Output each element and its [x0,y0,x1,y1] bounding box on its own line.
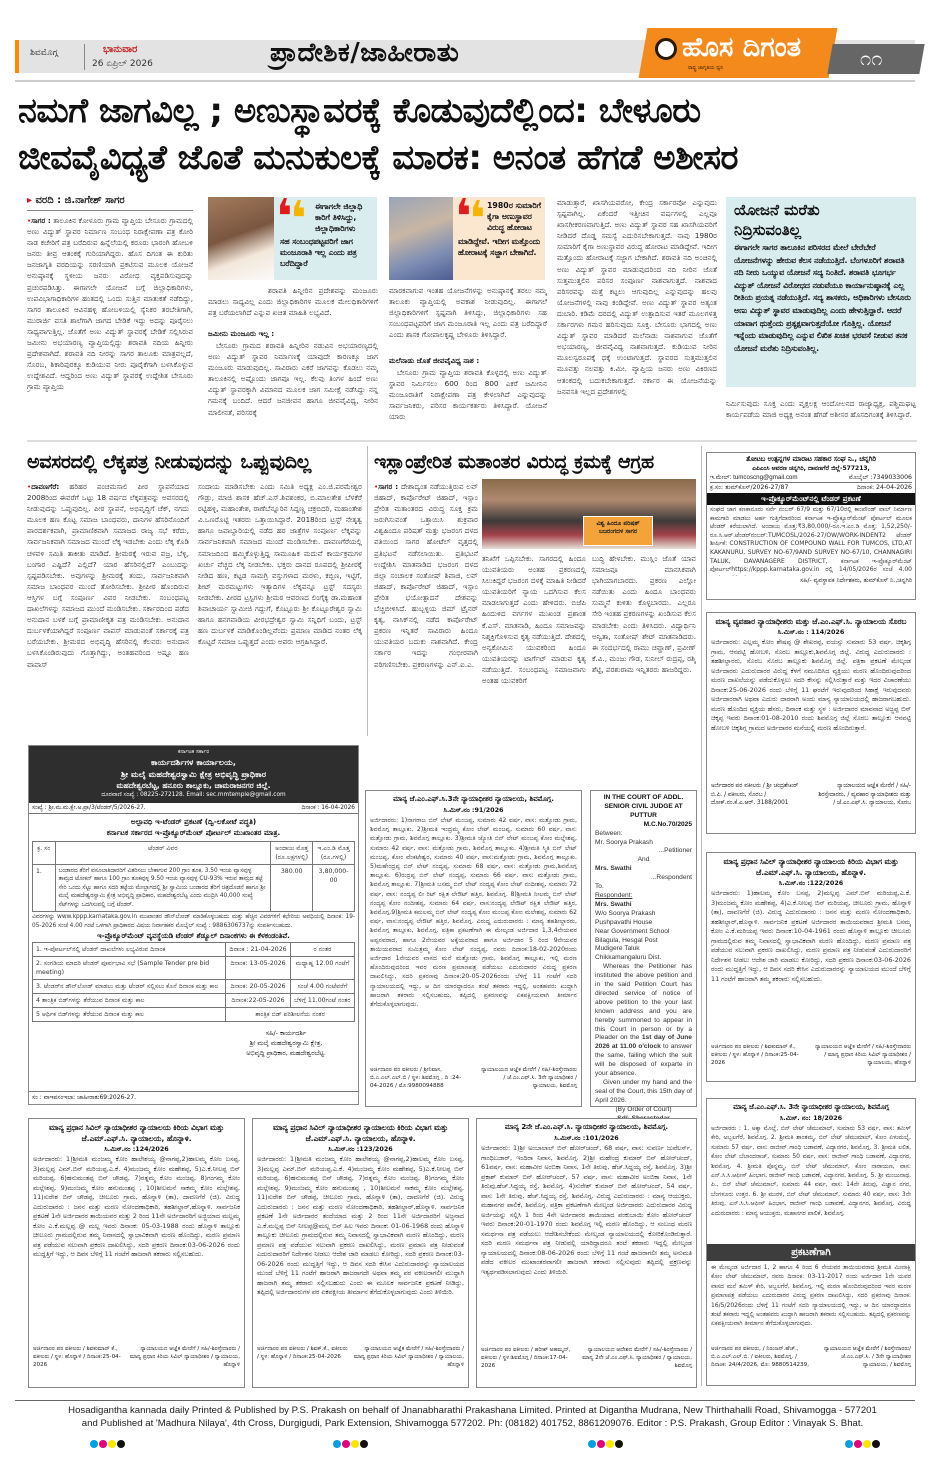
lead-headline: ನಮಗೆ ಜಾಗವಿಲ್ಲ ; ಅಣುಸ್ಥಾವರಕ್ಕೆ ಕೊಡುವುದೆಲ್… [18,88,928,182]
honnali-124-sig-left: ಅರ್ಜಿದಾರರ ಪರ ವಕೀಲರು / ಶಿವಕುಮಾರ್ ಕೆ., ವಕೀ… [33,1345,124,1370]
schedule-event: 3. ಟೆಂಡರ್‌ನ ಡೌನ್‌ಲೋಡ್ ಮಾಡಲು ಮತ್ತು ಟೆಂಡರ್… [33,980,226,994]
court-notice-honnali-123: ಮಾನ್ಯ ಪ್ರಧಾನ ಸಿವಿಲ್ ನ್ಯಾಯಾಧೀಶರ ನ್ಯಾಯಾಲಯ … [252,1118,469,1388]
section-divider [27,440,917,442]
dateline: ದಾವಣಗೆರೆ: [31,482,59,491]
court-101-sig-right: ನ್ಯಾಯಾಲಯದ ಆದೇಶದ ಮೇರೆಗೆ / ಸಹಿ/-ಶಿರಸ್ತೇದಾರ… [578,1346,692,1371]
cyan-dot-icon [845,1440,853,1448]
puttur-and: And [595,856,692,865]
tumcos-notice-bar: ಇ-ಪ್ರೊಕ್ಯೂರ್‌ಮೆಂಟ್‌ನಲ್ಲಿ ಟೆಂಡರ್ ಪ್ರಕಟಣೆ [707,493,915,505]
temple-sign-1: ಸಹಿ/- ಕಾರ್ಯದರ್ಶಿ [214,1028,358,1038]
lead-col-1-text: ತಾಲೂಕಿನ ಕೋಳೂರು ಗ್ರಾಮ ವ್ಯಾಪ್ತಿಯ ಬೇಸೂರು ಗ್… [27,216,193,391]
protest-banner: ವಿಶ್ವ ಹಿಂದೂ ಪರಿಷತ್ ಬಜರಂಗದಳ ಸಾಗರ [583,516,653,546]
mla-photo [208,197,274,280]
header-date: 26 ಏಪ್ರಿಲ್ 2026 [92,59,153,69]
story3-col-3: ಬುದ್ಧಿ ಹೇಳಬೇಕು. ಮುಸ್ಲಿಂ ಜೊತೆ ಯಾವ ಸಮಾಜವೂ … [592,553,696,736]
masthead-tagline: ರಾಷ್ಟ್ರ ಜಾಗೃತಿಯ ಧ್ವನಿ [688,65,723,71]
court-91-body: ಅರ್ಜಿದಾರರು: 1)ನಾಗರಾಜ ಬಿನ್ ಲೇಟ್ ಮಂಜಪ್ಪ, ಸ… [370,816,577,1064]
court-18-sig-left: ಅರ್ಜಿದಾರರ ಪರ ವಕೀಲರು, / ನಿರಂಜನ್.ಹೆಚ್., ಬಿ… [711,1345,811,1370]
sidebar-title-line2: ನಿದ್ರಿಸುವಂತಿಲ್ಲ [734,220,914,240]
honnali-123-sig-left: ಅರ್ಜಿದಾರರ ಪರ ವಕೀಲರು / ಶಿವಕ್.ಕೆ., ವಕೀಲರು … [257,1345,348,1370]
header-day: ಭಾನುವಾರ [103,44,137,55]
quote-2-bottom: ಮಾಡಿದ್ದೇವೆ. ಇದೀಗ ಮತ್ತೊಂದು ಹೋರಾಟಕ್ಕೆ ಸಜ್ಜ… [458,236,543,258]
sidebar-text: ಈಗಾಗಲೇ ಸಾಗರ ತಾಲೂಕಿನ ಪರಿಸರದ ಮೇಲೆ ಬೇರೆಬೇರೆ… [734,242,912,384]
court-18-notice: ಈ ಮೇಲ್ಕಂಡ ಅರ್ಜಿದಾರ 1, 2 ಹಾಗೂ 4 ರಿಂದ 6 ನೇ… [711,1263,911,1343]
honnali-123-case: ಸಿ.ಮಿಸ್.ನಂ :123/2026 [257,1144,464,1155]
tumcos-body: ಸಂಘದ ಜಾಗ ಕಣಕಾನೂರು ಸರ್ವೆ ನಂಬರ್ 67/9 ಮತ್ತು… [710,506,912,576]
court-101-signatures: ಅರ್ಜಿದಾರರ ಪರ ವಕೀಲರು / ಹರೀಶ್ ಅಹಮ್ಮದ್, ವಕೀ… [481,1346,692,1371]
cell-serial: 1. [33,865,56,912]
tender-ad-tumcos: ತೋಟಬ ಉತ್ಪನ್ನಗಳ ಮಾರಾಟ ಸಹಕಾರ ಸಂಘ ನಿ., ಚನ್ನ… [706,452,916,600]
schedule-event: 5 ಆರ್ಥಿಕ ಬಿಡ್‌ಗಳನ್ನು ತೆರೆಯುವ ದಿನಾಂಕ ಮತ್ತ… [33,1008,226,1022]
honnali-123-signatures: ಅರ್ಜಿದಾರರ ಪರ ವಕೀಲರು / ಶಿವಕ್.ಕೆ., ವಕೀಲರು … [257,1345,464,1370]
puttur-resp-label: Respondent: [595,892,692,901]
court-101-sig-left: ಅರ್ಜಿದಾರರ ಪರ ವಕೀಲರು / ಹರೀಶ್ ಅಹಮ್ಮದ್, ವಕೀ… [481,1346,574,1371]
court-notice-shimoga-18: ಮಾನ್ಯ ಜೆ.ಎಂ.ಎಫ್.ಸಿ. 3ನೇ ನ್ಯಾಯಾಧೀಶರ ನ್ಯಾಯ… [706,1098,916,1386]
schedule-event: 1. ಇ-ಪೋರ್ಟಲ್‌ನಲ್ಲಿ ಟೆಂಡರ್ ದಾಖಲೆಗಳು ಲಭ್ಯವ… [33,943,226,957]
tumcos-contact-row: ಇ.ಮೇಲ್: tumcoscng@gmail.com ಮೊಬೈಲ್ :7349… [710,473,912,482]
tumcos-email: ಇ.ಮೇಲ್: tumcoscng@gmail.com [710,473,798,482]
puttur-address-line: Pushpavathi House [595,919,692,928]
court-91-sig-right: ನ್ಯಾಯಾಲಯದ ಆಜ್ಞೆಕ ಮೇರೆಗೆ / ಸಹಿ/-ಶಿರಸ್ತೇದಾ… [478,1066,577,1091]
black-dot-icon [872,1440,880,1448]
tumcos-phone: ಮೊಬೈಲ್ :7349033006 [849,473,912,482]
temple-date: ದಿನಾಂಕ : 16-04-2026 [301,803,355,813]
soraba-body: ಅರ್ಜಿದಾರರು: ಎಲ್ಲಮ್ಮ ಕೋಂ ಶೇಷಪ್ಪ @ ಶೇಖರಪ್ಪ… [711,638,911,780]
story2-headline: ಅವಸರದಲ್ಲಿ ಲೆಕ್ಕಪತ್ರ ನೀಡುವುದನ್ನು ಒಪ್ಪುವುದ… [27,451,367,473]
soraba-signatures: ಅರ್ಜಿದಾರರ ಪರ ವಕೀಲರು / ಶ್ರೀ ಚಂದ್ರಶೇಖರ್ ಬಿ… [711,782,911,808]
honnali-122-title: ಮಾನ್ಯ ಪ್ರಧಾನ ಸಿವಿಲ್ ನ್ಯಾಯಾಧೀಶರ ನ್ಯಾಯಾಲಯ … [711,856,911,878]
table-row: 2. ಸಂಗಡಿಯ ಮಾದರಿ ಟೆಂಡರ್ ಪೂರ್ವಭಾವಿ ಸಭೆ (Sa… [33,957,355,980]
honnali-122-sig-left: ಅರ್ಜಿದಾರರ ಪರ ವಕೀಲರು / ಶಿವಕುಮಾರ್ ಕೆ., ವಕೀ… [711,1043,807,1068]
schedule-time: ಸಂಜೆ 4.00 ಗಂಟೆವರೆಗೆ [290,980,354,994]
temple-header: ಕರ್ನಾಟಕ ಸರ್ಕಾರ ಕಾರ್ಯದರ್ಶಿಗಳ ಕಾರ್ಯಾಲಯ, ಶ್… [29,746,358,803]
registration-marks [845,1440,880,1448]
cyan-dot-icon [333,1440,341,1448]
schedule-date: ದಿನಾಂಕ:22-05-2026 [226,994,291,1008]
court-notice-shimoga-91: ಮಾನ್ಯ ಜೆ.ಎಂ.ಎಫ್.ಸಿ.3ನೇ ನ್ಯಾಯಾಧೀಶರ ನ್ಯಾಯಾ… [365,790,582,1107]
quote-1-top: ಈಗಾಗಲೇ ಜಿಲ್ಲಾಧಿ ಕಾರಿಗೆ ತಿಳಿಸಿದ್ದು, ಜಿಲ್ಲ… [315,201,375,234]
table-row: 3. ಟೆಂಡರ್‌ನ ಡೌನ್‌ಲೋಡ್ ಮಾಡಲು ಮತ್ತು ಟೆಂಡರ್… [33,980,355,994]
page-number: ೧೧ [860,46,882,70]
quote-mark-icon: ❛ [290,199,307,239]
court-101-body: ಅರ್ಜಿದಾರರು: 1)ಶ್ರೀ ಅಂಬಾಲಾಲ್ ಬಿನ್ ಹೋರ್‌ಚಂ… [481,1144,692,1344]
quote-mark-icon: ❛ [469,199,486,239]
temple-tender-table-wrap: ಕ್ರ. ಸಂ ಟೆಂಡರ್ ವಿವರ ಅಂದಾಜು ಮೊತ್ತ (ರೂ.ಲಕ್… [29,841,358,912]
lead-col-2b: ಬೇಸೂರು ಗ್ರಾಮದ ಶರಾವತಿ ಹಿನ್ನೀರಿನ ನಡುವಿನ ಅಭ… [208,340,378,436]
court-91-signatures: ಅರ್ಜಿದಾರರ ಪರ ವಕೀಲರು / ಶ್ರೀನಿವಾಸ, ಬಿ.ಎ.ಎಲ… [370,1066,577,1091]
puttur-between: Between: [595,830,692,839]
yellow-dot-icon [606,1440,614,1448]
soraba-case-no: ಸಿ.ಮಿಸ್.ನಂ : 114/2026 [711,627,911,638]
puttur-address-line: Bilagula, Hesgal Post [595,937,692,946]
quote-1-bottom: ಸಹ ಸಂಬಂಧಪಟ್ಟವರಿಗೆ ಜಾಗ ಮಂಜೂರಾತಿ ಇಲ್ಲ ಎಂದು… [280,236,374,269]
black-dot-icon [615,1440,623,1448]
temple-schedule-title: ಇ-ಪ್ರೊಕ್ಯೂರ್‌ಮೆಂಟ್ ವ್ಯವಸ್ಥೆಯಡಿ ಟೆಂಡರ್ ಶೆ… [29,931,358,942]
yellow-dot-icon [863,1440,871,1448]
black-dot-icon [360,1440,368,1448]
bullet-icon: ▸ [27,195,36,206]
header-rule [15,80,915,82]
court-91-sig-left: ಅರ್ಜಿದಾರರ ಪರ ವಕೀಲರು / ಶ್ರೀನಿವಾಸ, ಬಿ.ಎ.ಎಲ… [370,1066,469,1091]
honnali-122-case: ಸಿ.ಮಿಸ್.ನಂ :122/2026 [711,878,911,889]
court-18-sig-right: ನ್ಯಾಯಾಲಯದ ಆಜ್ಞೆಕ ಮೇರೆಗೆ / ಶಿರಸ್ತೇದಾರರು/ಜ… [819,1345,911,1370]
puttur-case: M.C.No.70/2025 [595,821,692,830]
section-title: ಪ್ರಾದೇಶಿಕ/ಜಾಹೀರಾತು [270,38,459,69]
column-rule [701,446,702,1386]
court-18-case: ಸಿ.ಮಿಸ್. ನಂ: 18/2026 [711,1113,911,1124]
puttur-address-line: Mudigere Taluk [595,945,692,954]
temple-contact: ದೂರವಾಣಿ ಸಂಖ್ಯೆ : 08225-272128. Email: se… [29,791,358,800]
schedule-time: ರ ನಂತರ [290,943,354,957]
registration-marks [333,1440,368,1448]
puttur-address-line: W/o Soorya Prakash [595,910,692,919]
honnali-122-sig-right: ನ್ಯಾಯಾಲಯದ ಆಜ್ಞೆಕ ಮೇರೆಗೆ / ಸಹಿ/-ಶಿರಸ್ತೇದಾ… [815,1043,911,1068]
puttur-address-line: Near Government School [595,928,692,937]
story2-col-1: •ದಾವಣಗೆರೆ: ಹರಿಹರ ಪಂಚಮಸಾಲಿ ಪೀಠ ಸ್ಥಾಪನೆಯಾದ… [27,481,189,733]
temple-sign-2: ಶ್ರೀ ಮಲೈ ಮಹದೇಶ್ವರಸ್ವಾಮಿ ಕ್ಷೇತ್ರ, [214,1038,358,1048]
cyan-dot-icon [90,1440,98,1448]
masthead-title: ಹೊಸ ದಿಗಂತ [682,32,801,64]
honnali-124-sig-right: ನ್ಯಾಯಾಲಯದ ಆಜ್ಞೆಕ ಮೇರೆಗೆ / ಸಹಿ/-ಶಿರಸ್ತೇದಾ… [128,1345,240,1370]
temple-gov: ಕರ್ನಾಟಕ ಸರ್ಕಾರ [29,748,358,756]
lead-headline-line1: ನಮಗೆ ಜಾಗವಿಲ್ಲ ; ಅಣುಸ್ಥಾವರಕ್ಕೆ ಕೊಡುವುದೆಲ್… [18,88,928,135]
table-row: 5 ಆರ್ಥಿಕ ಬಿಡ್‌ಗಳನ್ನು ತೆರೆಯುವ ದಿನಾಂಕ ಮತ್ತ… [33,1008,355,1022]
puttur-body-1: Whereas the Petitioner has instituted th… [595,963,692,1041]
tumcos-ref: ಕ್ರ.ಸಂ: ತುಮ್‌ಕೊಸ್/2026-27/87 [710,483,788,492]
puttur-petitioner-role: ...Petitioner [595,847,692,856]
cell-estimate: 380.00 [271,865,313,912]
court-18-title: ಮಾನ್ಯ ಜೆ.ಎಂ.ಎಫ್.ಸಿ. 3ನೇ ನ್ಯಾಯಾಧೀಶರ ನ್ಯಾಯ… [711,1102,911,1113]
puttur-address-line: Chikkamangaluru Dist. [595,954,692,963]
table-header-row: ಕ್ರ. ಸಂ ಟೆಂಡರ್ ವಿವರ ಅಂದಾಜು ಮೊತ್ತ (ರೂ.ಲಕ್… [33,842,355,865]
schedule-date: ದಿನಾಂಕ : 21-04-2026 [226,943,291,957]
subhead-2: ಮಲೆನಾಡು ಜೊತೆ ಜೀವವೈವಿಧ್ಯ ನಾಶ : [389,355,547,366]
temple-title-2: ಕರ್ನಾಟಕ ಸರ್ಕಾರದ ಇ-ಪ್ರೊಕ್ಯೂರ್‌ಮೆಂಟ್ ಪೋರ್ಟ… [29,827,358,838]
subhead-1: ಜಮೀನು ಮಂಜೂರು ಇಲ್ಲ : [208,328,378,339]
honnali-122-body: ಅರ್ಜಿದಾರರು: 1)ಹಾಲಮ್ಮ ಕೋಂ ಬಸಪ್ಪ, 2)ಮಲ್ಲಪ್… [711,889,911,1041]
tumcos-address: ಎಪಿಎಂಸಿ ಆವರಣ ಚನ್ನಗಿರಿ, ದಾವಣಗೆರೆ ಜಿಲ್ಲೆ-5… [710,464,912,473]
imprint-line-1: Hosadigantha kannada daily Printed & Pub… [10,1404,935,1417]
puttur-respondent: Mrs. Swathi [595,865,692,874]
registration-marks [90,1440,125,1448]
story3-col-1-text: ದೇಶಾದ್ಯಂತ ನಡೆಯುತ್ತಿರುವ ಲವ್ ಜಿಹಾದ್, ಕಾರ್ಪ… [374,482,478,669]
magenta-dot-icon [597,1440,605,1448]
table-row: 1. ಬಂಡಾರದ ತೆರಿಗೆ ವಸೂಲಾತಿದಾರರಿಗೆ ವಿತರಿಸಲು… [33,865,355,912]
court-101-title: ಮಾನ್ಯ 2ನೇ ಜೆ.ಎಂ.ಎಫ್.ಸಿ. ನ್ಯಾಯಾಧೀಶರ ನ್ಯಾಯ… [481,1122,692,1133]
tender-ad-temple: ಕರ್ನಾಟಕ ಸರ್ಕಾರ ಕಾರ್ಯದರ್ಶಿಗಳ ಕಾರ್ಯಾಲಯ, ಶ್… [28,745,359,1105]
imprint-line-2: and Published at 'Madhura Nilaya', 4th C… [10,1417,935,1430]
honnali-124-body: ಅರ್ಜಿದಾರರು: 1)ಶ್ರೀಮತಿ ಮಂಜಮ್ಮ ಕೋಂ ಹಾಲೇಶಯ್… [33,1155,240,1343]
honnali-123-sig-right: ನ್ಯಾಯಾಲಯದ ಆಜ್ಞೆಕ ಮೇರೆಗೆ / ಸಹಿ/-ಶಿರಸ್ತೇದಾ… [352,1345,464,1370]
temple-schedule-wrap: 1. ಇ-ಪೋರ್ಟಲ್‌ನಲ್ಲಿ ಟೆಂಡರ್ ದಾಖಲೆಗಳು ಲಭ್ಯವ… [29,942,358,1022]
story3-headline: ಇಸ್ಲಾಂಪ್ರೇರಿತ ಮತಾಂತರ ವಿರುದ್ಧ ಕ್ರಮಕ್ಕೆ ಆಗ… [374,451,704,473]
soraba-court-title: ಮಾನ್ಯ ವ್ಯವಹಾರ ನ್ಯಾಯಾಧೀಶರು ಮತ್ತು ಜೆ.ಎಂ.ಎಫ… [711,616,911,627]
header-city: ಶಿವಮೊಗ್ಗ [30,48,58,58]
puttur-petitioner: Mr. Soorya Prakash [595,839,692,848]
temple-note: ವಿವರಗಳನ್ನು www.kppp.karnataka.gov.in ಮುಖ… [29,912,358,931]
registration-marks [588,1440,623,1448]
sidebar-title-line1: ಯೋಜನೆ ಮರೆತು [734,200,914,220]
court-notice-honnali-124: ಮಾನ್ಯ ಪ್ರಧಾನ ಸಿವಿಲ್ ನ್ಯಾಯಾಧೀಶರ ನ್ಯಾಯಾಲಯ … [28,1118,245,1388]
puttur-resp-name: Mrs. Swathi [595,901,692,910]
byline: ▸ ವರದಿ : ಜಿ.ನಾಗೇಶ್ ಸಾಗರ [27,195,125,206]
puttur-respondent-role: ...Respondent [595,874,692,883]
temple-location: ಮಹದೇಶ್ವರಬೆಟ್ಟ, ಹನೂರು ತಾಲ್ಲೂಕು, ಚಾಮರಾಜನಗರ… [29,780,358,791]
temple-tender-table: ಕ್ರ. ಸಂ ಟೆಂಡರ್ ವಿವರ ಅಂದಾಜು ಮೊತ್ತ (ರೂ.ಲಕ್… [32,841,355,912]
schedule-date: ತಾಂತ್ರಿಕ ಬಿಡ್ ಪರಿಶೀಲನೆಯ ನಂತರ [226,1008,355,1022]
story2-col-1-text: ಹರಿಹರ ಪಂಚಮಸಾಲಿ ಪೀಠ ಸ್ಥಾಪನೆಯಾದ 2008ರಿಂದ ಈ… [27,482,189,669]
court-91-case: ಸಿ.ಮಿಸ್.ನಂ :91/2026 [370,805,577,816]
tumcos-ref-row: ಕ್ರ.ಸಂ: ತುಮ್‌ಕೊಸ್/2026-27/87 ದಿನಾಂಕ: 24-… [710,482,912,492]
lamp-logo-icon [655,38,677,60]
lead-col-5-tail: ನಿರ್ಮಿಸುವುದು ಸೂಕ್ತ ಎಂದು ವೃಕ್ಷಲಕ್ಷ ಆಂದೋಲನ… [726,398,916,434]
temple-footer: ಸಂ : ವಾಇಪಸಂಇಲಾ: ಜಾಹೀರಾತು69:2026-27. [29,1091,358,1104]
column-rule [367,446,368,736]
schedule-event: 4 ತಾಂತ್ರಿಕ ಬಿಡ್‌ಗಳನ್ನು ತೆರೆಯುವ ದಿನಾಂಕ ಮತ… [33,994,226,1008]
lead-col-3: ಮಾರಕವಾಗುವ ಇಂತಹ ಯೋಜನೆಗಳನ್ನು ಅನುಷ್ಠಾನಕ್ಕೆ … [389,285,547,355]
court-91-title: ಮಾನ್ಯ ಜೆ.ಎಂ.ಎಫ್.ಸಿ.3ನೇ ನ್ಯಾಯಾಧೀಶರ ನ್ಯಾಯಾ… [370,794,577,805]
honnali-124-title: ಮಾನ್ಯ ಪ್ರಧಾನ ಸಿವಿಲ್ ನ್ಯಾಯಾಧೀಶರ ನ್ಯಾಯಾಲಯ … [33,1122,240,1144]
puttur-title: IN THE COURT OF ADDL. SENIOR CIVIL JUDGE… [595,794,692,821]
honnali-123-body: ಅರ್ಜಿದಾರರು: 1)ಶ್ರೀಮತಿ ಮಂಜಮ್ಮ ಕೋಂ ಹಾಲೇಶಯ್… [257,1155,464,1343]
temple-sign-3: ಅಭಿವೃದ್ಧಿ ಪ್ರಾಧಿಕಾರ, ಮಹದೇಶ್ವರಬೆಟ್ಟ. [214,1048,358,1058]
table-row: 4 ತಾಂತ್ರಿಕ ಬಿಡ್‌ಗಳನ್ನು ತೆರೆಯುವ ದಿನಾಂಕ ಮತ… [33,994,355,1008]
col-header: ಇ.ಎಂ.ಡಿ ಮೊತ್ತ (ರೂ.ಗಳಲ್ಲಿ) [313,842,355,865]
story2-col-2: ಸಂದಾಯ ಮಾಡಿಸಬೇಕು ಎಂದು ಸಮಿತಿ ಅಧ್ಯಕ್ಷ ಎಂ.ಜಿ… [198,481,362,733]
soraba-sig-left: ಅರ್ಜಿದಾರರ ಪರ ವಕೀಲರು / ಶ್ರೀ ಚಂದ್ರಶೇಖರ್ ಬಿ… [711,782,807,808]
schedule-time: ಮಧ್ಯಾಹ್ನ 12.00 ಗಂಟೆಗೆ [290,957,354,980]
lead-col-2: ಶರಾವತಿ ಹಿನ್ನೀರಿನ ಪ್ರದೇಶವನ್ನು ಮಂಜೂರು ಮಾಡಲ… [208,285,378,327]
court-18-bar: ಪ್ರಕಟಣೆಗಾಗಿ [707,1244,915,1261]
temple-ref: ಸಂಖ್ಯೆ : ಶ್ರೀ.ಮ.ಮ.ಕ್ಷೇ.ಅ.ಪ್ರಾ/3/ಟೆಂಡರ್/5… [32,803,146,813]
black-dot-icon [117,1440,125,1448]
magenta-dot-icon [854,1440,862,1448]
honnali-124-case: ಸಿ.ಮಿಸ್.ನಂ :124/2026 [33,1144,240,1155]
honnali-123-title: ಮಾನ್ಯ ಪ್ರಧಾನ ಸಿವಿಲ್ ನ್ಯಾಯಾಧೀಶರ ನ್ಯಾಯಾಲಯ … [257,1122,464,1144]
temple-office: ಕಾರ್ಯದರ್ಶಿಗಳ ಕಾರ್ಯಾಲಯ, [29,756,358,768]
dateline: ಸಾಗರ : [31,216,51,225]
byline-rule [27,210,193,211]
schedule-event: 2. ಸಂಗಡಿಯ ಮಾದರಿ ಟೆಂಡರ್ ಪೂರ್ವಭಾವಿ ಸಭೆ (Sa… [33,957,226,980]
table-row: 1. ಇ-ಪೋರ್ಟಲ್‌ನಲ್ಲಿ ಟೆಂಡರ್ ದಾಖಲೆಗಳು ಲಭ್ಯವ… [33,943,355,957]
temple-authority: ಶ್ರೀ ಮಲೈ ಮಹದೇಶ್ವರಸ್ವಾಮಿ ಕ್ಷೇತ್ರ ಅಭಿವೃದ್ಧ… [29,768,358,780]
col-header: ಕ್ರ. ಸಂ [33,842,56,865]
honnali-122-signatures: ಅರ್ಜಿದಾರರ ಪರ ವಕೀಲರು / ಶಿವಕುಮಾರ್ ಕೆ., ವಕೀ… [711,1043,911,1068]
temple-signature: ಸಹಿ/- ಕಾರ್ಯದರ್ಶಿ ಶ್ರೀ ಮಲೈ ಮಹದೇಶ್ವರಸ್ವಾಮಿ… [214,1028,358,1058]
puttur-given: Given under my hand and the seal of the … [595,1079,692,1106]
cell-description: ಬಂಡಾರದ ತೆರಿಗೆ ವಸೂಲಾತಿದಾರರಿಗೆ ವಿತರಿಸಲು ಬೇ… [55,865,271,912]
magenta-dot-icon [342,1440,350,1448]
col-header: ಟೆಂಡರ್ ವಿವರ [55,842,271,865]
yellow-dot-icon [351,1440,359,1448]
sidebar-title: ಯೋಜನೆ ಮರೆತು ನಿದ್ರಿಸುವಂತಿಲ್ಲ [734,200,914,240]
byline-text: ವರದಿ : ಜಿ.ನಾಗೇಶ್ ಸಾಗರ [36,195,125,206]
cell-emd: 3,80,000-00 [313,865,355,912]
court-18-signatures: ಅರ್ಜಿದಾರರ ಪರ ವಕೀಲರು, / ನಿರಂಜನ್.ಹೆಚ್., ಬಿ… [711,1345,911,1370]
story3-col-1: •ಸಾಗರ : ದೇಶಾದ್ಯಂತ ನಡೆಯುತ್ತಿರುವ ಲವ್ ಜಿಹಾದ… [374,481,478,736]
puttur-order: (By Order of Court) [595,1106,692,1115]
court-notice-puttur: IN THE COURT OF ADDL. SENIOR CIVIL JUDGE… [590,790,697,1107]
header-divider [84,44,85,70]
tumcos-signature: ಸಹಿ/- ವ್ಯವಸ್ಥಾಪಕ ನಿರ್ದೇಶಕರು, ತುಮ್‌ಕೊಸ್ ನ… [710,576,912,585]
court-notice-soraba: ಮಾನ್ಯ ವ್ಯವಹಾರ ನ್ಯಾಯಾಧೀಶರು ಮತ್ತು ಜೆ.ಎಂ.ಎಫ… [706,612,916,834]
magenta-dot-icon [99,1440,107,1448]
puttur-to: To. [595,883,692,892]
dateline: ಸಾಗರ : [378,482,398,491]
temple-title-1: ಅಲ್ಪಾವಧಿ ಇ-ಟೆಂಡರ್ ಪ್ರಕಟಣೆ (ದ್ವಿ-ಲಕೋಟೆ ಪದ… [29,816,358,827]
temple-ref-row: ಸಂಖ್ಯೆ : ಶ್ರೀ.ಮ.ಮ.ಕ್ಷೇ.ಅ.ಪ್ರಾ/3/ಟೆಂಡರ್/5… [29,803,358,814]
tumcos-date: ದಿನಾಂಕ: 24-04-2026 [857,483,912,492]
yellow-dot-icon [108,1440,116,1448]
activist-photo [389,197,453,280]
court-notice-shimoga-101: ಮಾನ್ಯ 2ನೇ ಜೆ.ಎಂ.ಎಫ್.ಸಿ. ನ್ಯಾಯಾಧೀಶರ ನ್ಯಾಯ… [476,1118,697,1388]
lead-col-3b: ಬೇಸೂರು ಗ್ರಾಮ ವ್ಯಾಪ್ತಿಯ ಶರಾವತಿ ಕೊಳ್ಳದಲ್ಲಿ… [389,367,547,435]
schedule-time: ಬೆಳಿಗ್ಗೆ 11.00ಗಂಟೆ ನಂತರ [290,994,354,1008]
story3-col-2: ತನಿಖೆಗೆ ಒಪ್ಪಿಸಬೇಕು. ಸಾಗರದಲ್ಲಿ ಹಿಂದೂ ಯುವತ… [482,553,586,736]
col-header: ಅಂದಾಜು ಮೊತ್ತ (ರೂ.ಲಕ್ಷಗಳಲ್ಲಿ) [271,842,313,865]
footer-rule [15,1400,915,1401]
schedule-date: ದಿನಾಂಕ: 13-05-2026 [226,957,291,980]
tumcos-org: ತೋಟಬ ಉತ್ಪನ್ನಗಳ ಮಾರಾಟ ಸಹಕಾರ ಸಂಘ ನಿ., ಚನ್ನ… [710,455,912,464]
schedule-date: ದಿನಾಂಕ: 20-05-2026 [226,980,291,994]
court-notice-honnali-122: ಮಾನ್ಯ ಪ್ರಧಾನ ಸಿವಿಲ್ ನ್ಯಾಯಾಧೀಶರ ನ್ಯಾಯಾಲಯ … [706,852,916,1082]
quote-2-top: 1980ರ ಸುಮಾರಿಗೆ ಕೈಗಾ ಅಣುಸ್ಥಾವರ ವಿರುದ್ಧ ಹೋ… [487,200,543,233]
lead-headline-line2: ಜೀವವೈವಿಧ್ಯತೆ ಜೊತೆ ಮನುಕುಲಕ್ಕೆ ಮಾರಕ: ಅನಂತ … [18,135,928,182]
lead-col-4: ಮಾಡುತ್ತಾರೆ, ಖಾಸಗಿಯವರೋ, ಕೇಂದ್ರ ಸರ್ಕಾರವೋ ಎ… [557,197,717,435]
court-18-body: ಅರ್ಜಿದಾರರು : 1. ಅಕ್ಕಾ ಮೊಲ್ಲೆ, ಬಿನ್ ಲೇಟ್ … [711,1124,911,1242]
lead-col-1: •ಸಾಗರ : ತಾಲೂಕಿನ ಕೋಳೂರು ಗ್ರಾಮ ವ್ಯಾಪ್ತಿಯ ಬ… [27,215,193,435]
court-101-case: ಸಿ.ಮಿಸ್.ನಂ :101/2026 [481,1133,692,1144]
imprint-footer: Hosadigantha kannada daily Printed & Pub… [10,1404,935,1430]
puttur-body: Whereas the Petitioner has instituted th… [595,963,692,1079]
honnali-124-signatures: ಅರ್ಜಿದಾರರ ಪರ ವಕೀಲರು / ಶಿವಕುಮಾರ್ ಕೆ., ವಕೀ… [33,1345,240,1370]
temple-schedule-table: 1. ಇ-ಪೋರ್ಟಲ್‌ನಲ್ಲಿ ಟೆಂಡರ್ ದಾಖಲೆಗಳು ಲಭ್ಯವ… [32,942,355,1022]
soraba-sig-right: ನ್ಯಾಯಾಲಯದ ಆಜ್ಞೆಕ ಮೇರೆಗೆ / ಸಹಿ/-ಶಿರಸ್ತೇದಾ… [815,782,911,808]
cyan-dot-icon [588,1440,596,1448]
